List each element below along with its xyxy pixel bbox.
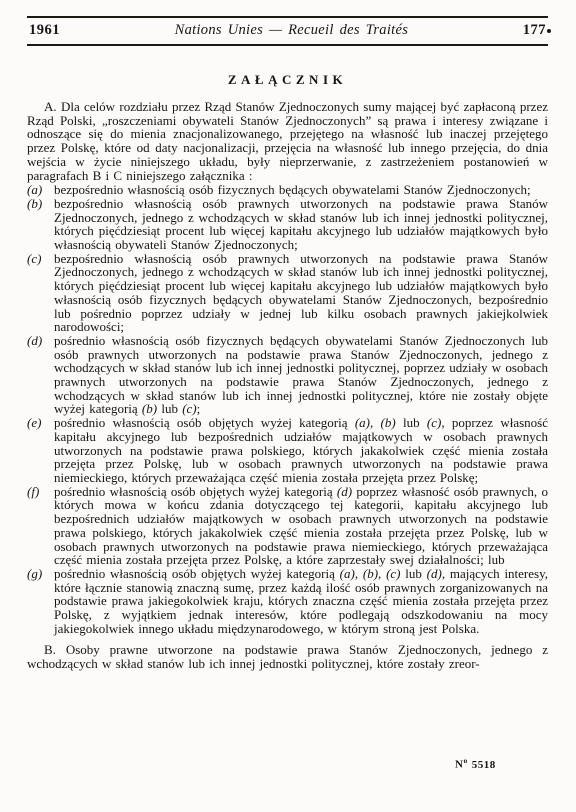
item-label: (a) bbox=[27, 183, 54, 197]
item-label: (d) bbox=[27, 334, 54, 416]
item-text: bezpośrednio własnością osób prawnych ut… bbox=[54, 197, 548, 252]
item-text: pośrednio własnością osób fizycznych będ… bbox=[54, 334, 548, 416]
item-text: bezpośrednio własnością osób fizycznych … bbox=[54, 183, 548, 197]
header-page-number: 177 bbox=[523, 22, 546, 39]
item-label: (b) bbox=[27, 197, 54, 252]
list-item-e: (e) pośrednio własnością osób objętych w… bbox=[27, 416, 548, 485]
item-label: (c) bbox=[27, 252, 54, 334]
header-year: 1961 bbox=[29, 22, 60, 39]
item-text: pośrednio własnością osób objętych wyżej… bbox=[54, 416, 548, 485]
list-item-a: (a) bezpośrednio własnością osób fizyczn… bbox=[27, 183, 548, 197]
treaty-number-ordinal: o bbox=[463, 756, 467, 765]
list-item-f: (f) pośrednio własnością osób objętych w… bbox=[27, 485, 548, 567]
item-text: pośrednio własnością osób objętych wyżej… bbox=[54, 485, 548, 567]
annex-item-list: (a) bezpośrednio własnością osób fizyczn… bbox=[27, 183, 548, 635]
annex-heading: ZAŁĄCZNIK bbox=[27, 72, 548, 88]
margin-dot-icon bbox=[547, 29, 551, 33]
paragraph-a: A. Dla celów rozdziału przez Rząd Stanów… bbox=[27, 100, 548, 182]
header-title: Nations Unies — Recueil des Traités bbox=[175, 22, 409, 39]
item-text: pośrednio własnością osób objętych wyżej… bbox=[54, 567, 548, 636]
item-label: (g) bbox=[27, 567, 54, 636]
list-item-g: (g) pośrednio własnością osób objętych w… bbox=[27, 567, 548, 636]
treaty-number: No5518 bbox=[455, 756, 496, 771]
paragraph-b: B. Osoby prawne utworzone na podstawie p… bbox=[27, 643, 548, 670]
list-item-d: (d) pośrednio własnością osób fizycznych… bbox=[27, 334, 548, 416]
list-item-b: (b) bezpośrednio własnością osób prawnyc… bbox=[27, 197, 548, 252]
item-text: bezpośrednio własnością osób prawnych ut… bbox=[54, 252, 548, 334]
item-label: (f) bbox=[27, 485, 54, 567]
document-page: 1961 Nations Unies — Recueil des Traités… bbox=[0, 0, 576, 812]
list-item-c: (c) bezpośrednio własnością osób prawnyc… bbox=[27, 252, 548, 334]
treaty-number-value: 5518 bbox=[472, 759, 496, 771]
page-header: 1961 Nations Unies — Recueil des Traités… bbox=[27, 16, 548, 46]
item-label: (e) bbox=[27, 416, 54, 485]
